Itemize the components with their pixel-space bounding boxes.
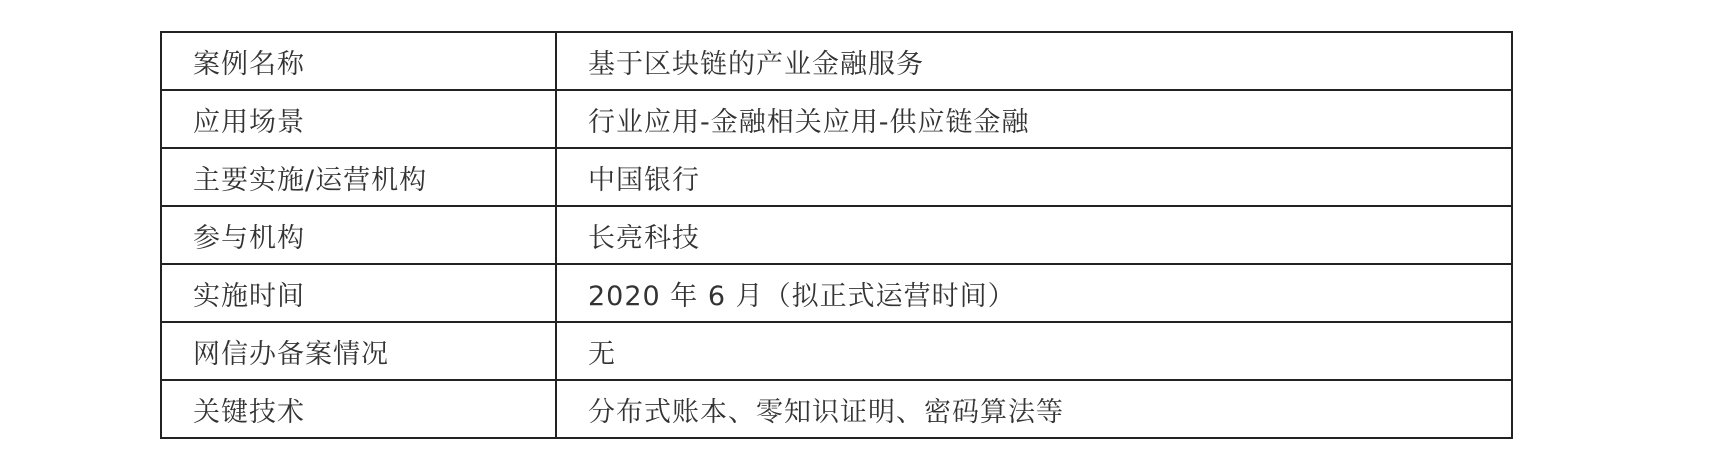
table-row-participants: 参与机构 长亮科技 bbox=[161, 206, 1512, 264]
row-value: 长亮科技 bbox=[556, 206, 1512, 264]
row-value: 无 bbox=[556, 322, 1512, 380]
row-value: 分布式账本、零知识证明、密码算法等 bbox=[556, 380, 1512, 438]
row-label: 主要实施/运营机构 bbox=[161, 148, 556, 206]
row-label: 实施时间 bbox=[161, 264, 556, 322]
row-label: 案例名称 bbox=[161, 32, 556, 90]
row-label: 参与机构 bbox=[161, 206, 556, 264]
row-value: 中国银行 bbox=[556, 148, 1512, 206]
table-row-key-technology: 关键技术 分布式账本、零知识证明、密码算法等 bbox=[161, 380, 1512, 438]
table-row-implementation-time: 实施时间 2020 年 6 月（拟正式运营时间） bbox=[161, 264, 1512, 322]
table-row-case-name: 案例名称 基于区块链的产业金融服务 bbox=[161, 32, 1512, 90]
table-row-filing-status: 网信办备案情况 无 bbox=[161, 322, 1512, 380]
row-label: 网信办备案情况 bbox=[161, 322, 556, 380]
case-info-table: 案例名称 基于区块链的产业金融服务 应用场景 行业应用-金融相关应用-供应链金融… bbox=[160, 31, 1513, 439]
row-value: 2020 年 6 月（拟正式运营时间） bbox=[556, 264, 1512, 322]
row-value: 行业应用-金融相关应用-供应链金融 bbox=[556, 90, 1512, 148]
row-label: 关键技术 bbox=[161, 380, 556, 438]
table-row-operator: 主要实施/运营机构 中国银行 bbox=[161, 148, 1512, 206]
row-label: 应用场景 bbox=[161, 90, 556, 148]
row-value: 基于区块链的产业金融服务 bbox=[556, 32, 1512, 90]
table-row-scenario: 应用场景 行业应用-金融相关应用-供应链金融 bbox=[161, 90, 1512, 148]
